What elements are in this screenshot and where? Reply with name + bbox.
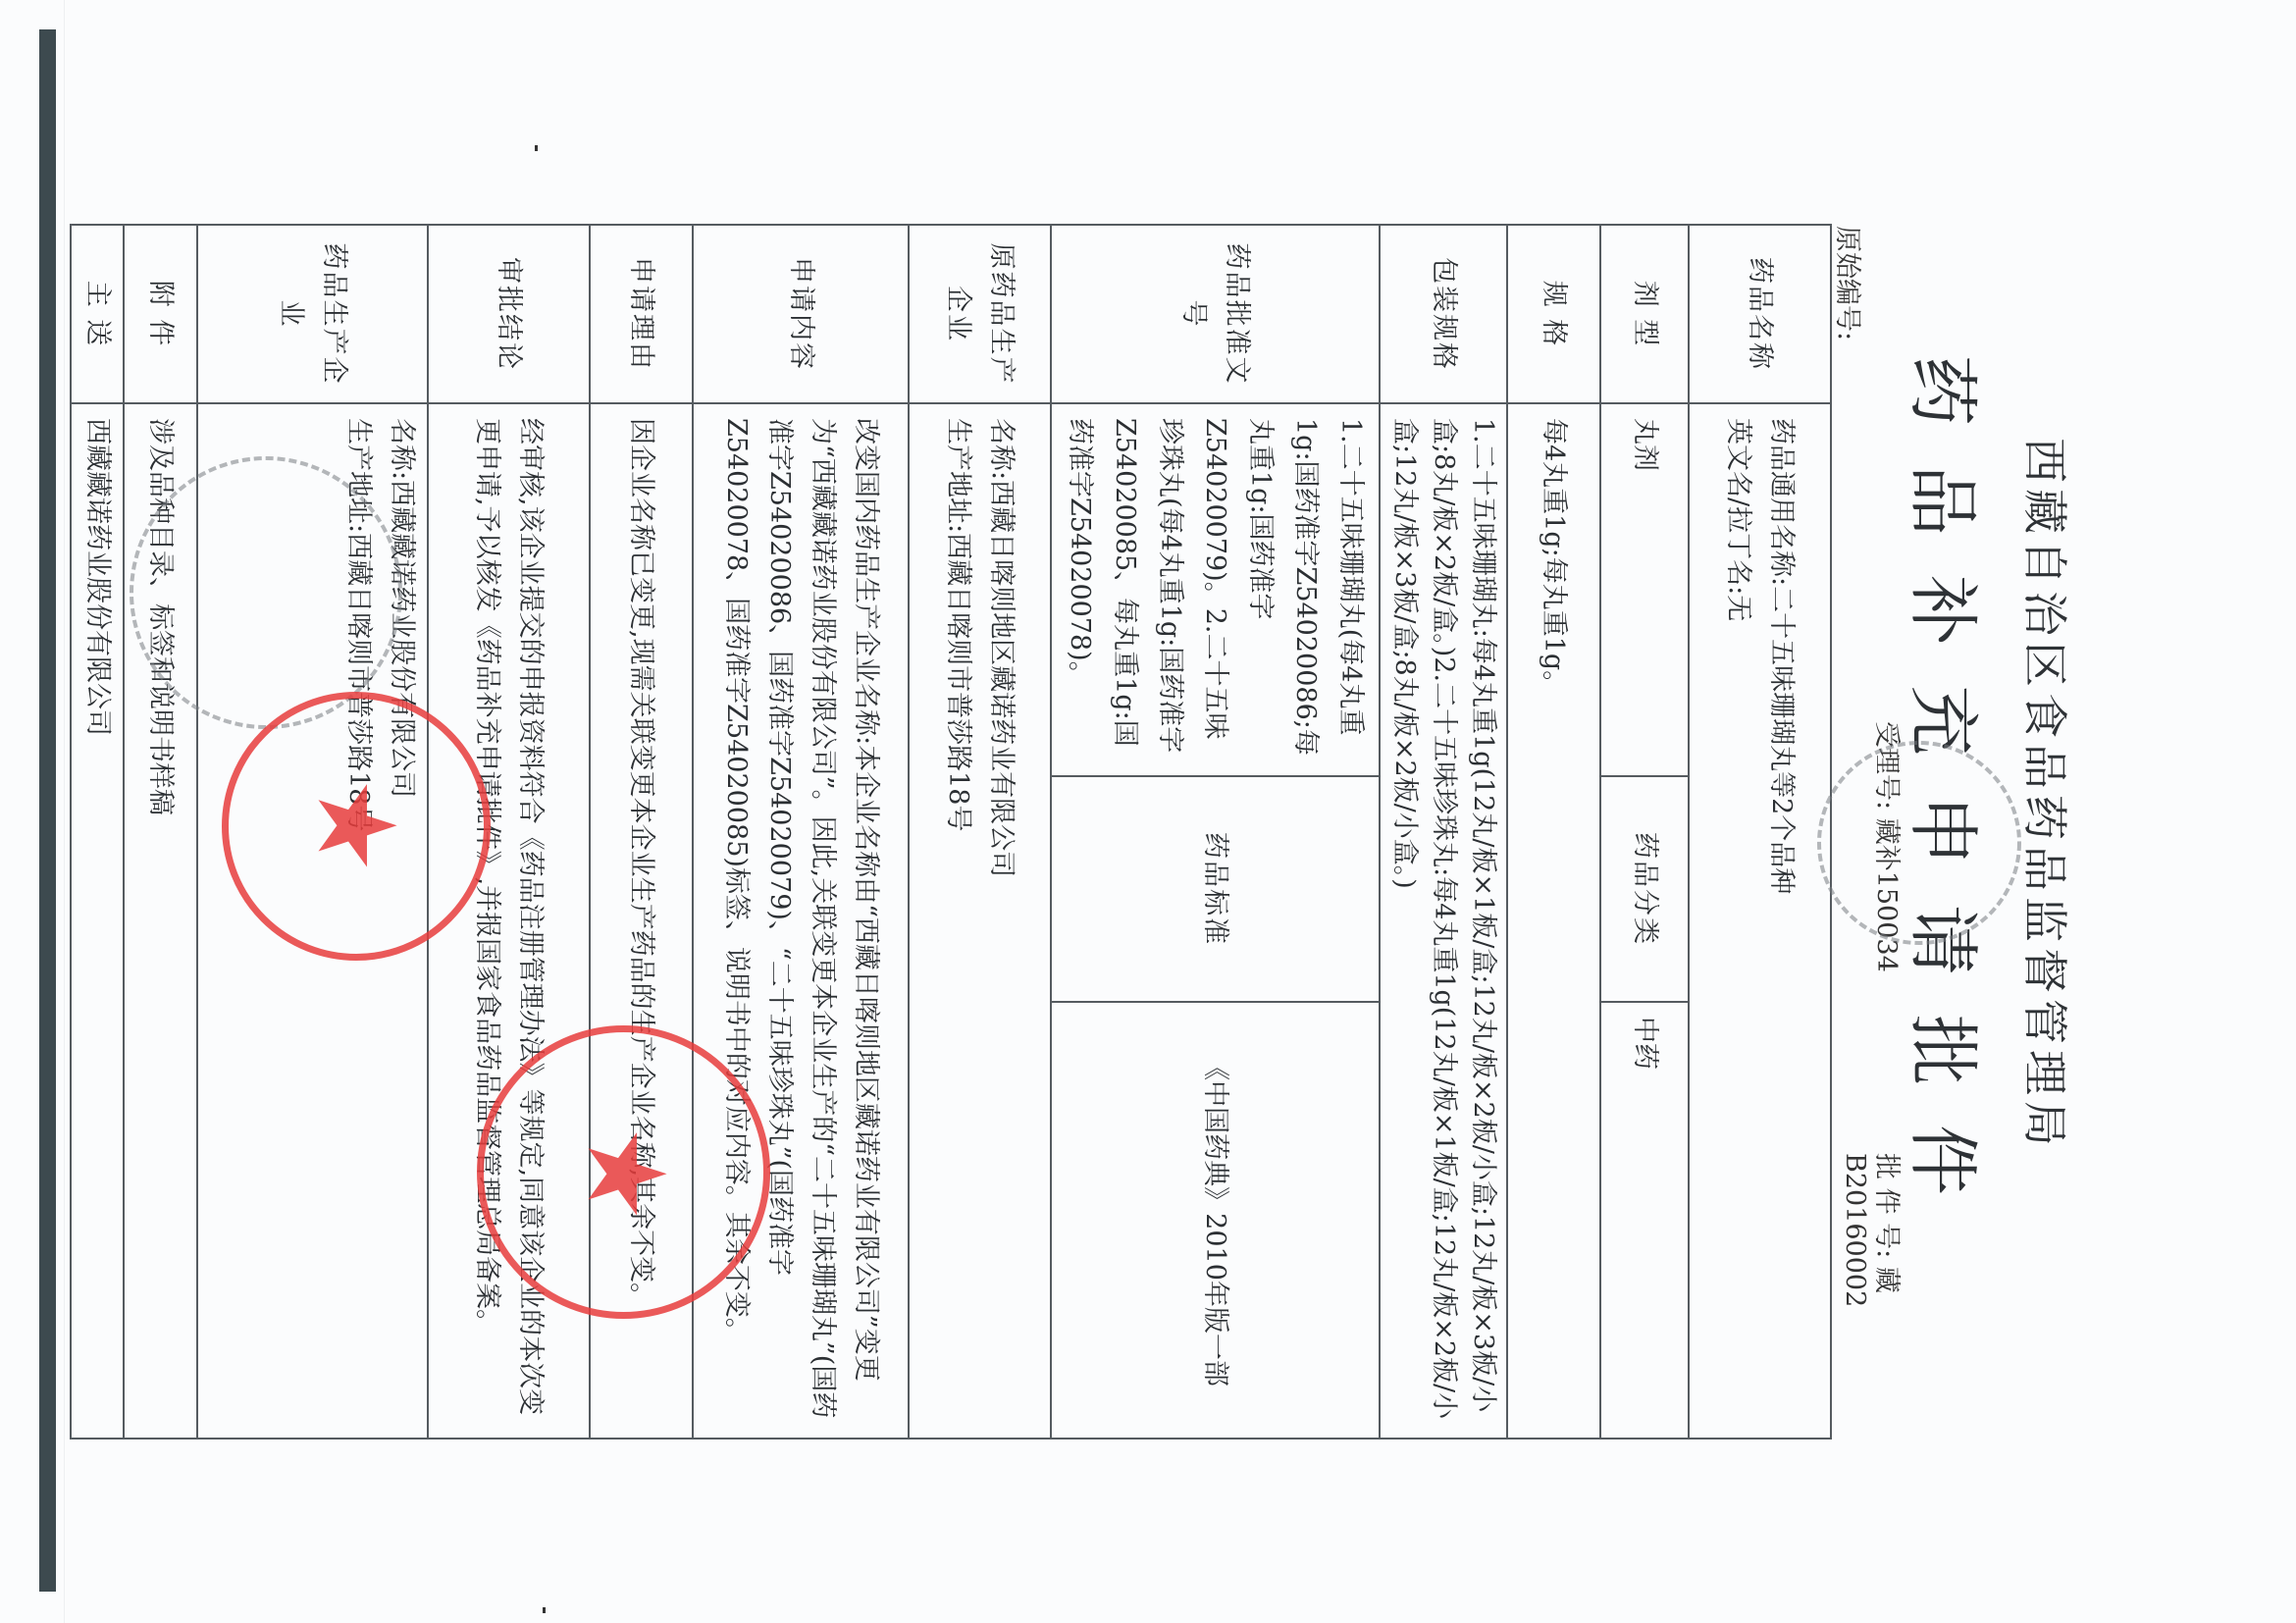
row-specification: 规 格 每4丸重1g;每丸重1g。 — [1507, 225, 1600, 1439]
value-drug-category: 中药 — [1600, 1002, 1689, 1439]
row-drug-name: 药品名称 药品通用名称:二十五味珊瑚丸等2个品种 英文名/拉丁名:无 — [1689, 225, 1831, 1439]
label-drug-category: 药品分类 — [1600, 776, 1689, 1002]
label-specification: 规 格 — [1507, 225, 1600, 403]
value-packaging: 1.二十五味珊瑚丸:每4丸重1g(12丸/板×1板/盒;12丸/板×2板/小盒;… — [1380, 403, 1507, 1439]
gray-receipt-stamp — [1817, 741, 2021, 945]
label-application-content: 申请内容 — [693, 225, 909, 403]
row-dosage-form: 剂 型 丸剂 药品分类 中药 — [1600, 225, 1689, 1439]
label-approval-number: 药品批准文号 — [1051, 225, 1380, 403]
value-original-manufacturer: 名称:西藏日喀则地区藏诺药业有限公司 生产地址:西藏日喀则市普莎路18号 — [909, 403, 1051, 1439]
value-approval-number: 1.二十五味珊瑚丸(每4丸重1g:国药准字Z54020086;每丸重1g:国药准… — [1051, 403, 1380, 776]
value-drug-name: 药品通用名称:二十五味珊瑚丸等2个品种 英文名/拉丁名:无 — [1689, 403, 1831, 1439]
label-conclusion: 审批结论 — [428, 225, 590, 403]
page-edge — [64, 0, 65, 1623]
original-number-label: 原始编号: — [1831, 226, 1869, 340]
label-attachment: 附 件 — [124, 225, 197, 403]
label-dosage-form: 剂 型 — [1600, 225, 1689, 403]
value-dosage-form: 丸剂 — [1600, 403, 1689, 776]
row-packaging: 包装规格 1.二十五味珊瑚丸:每4丸重1g(12丸/板×1板/盒;12丸/板×2… — [1380, 225, 1507, 1439]
row-recipient: 主 送 西藏藏诺药业股份有限公司 — [71, 225, 124, 1439]
label-original-manufacturer: 原药品生产企业 — [909, 225, 1051, 403]
scanner-edge-bar — [39, 29, 56, 1592]
seal-star-icon: ★ — [572, 1126, 680, 1223]
red-official-seal-top: ★ — [477, 1025, 770, 1319]
gray-company-stamp — [130, 456, 402, 729]
red-official-seal-bottom: ★ — [222, 692, 491, 961]
scan-speck — [535, 145, 538, 151]
approval-number: 批 件 号: 藏B20160002 — [1840, 1153, 1908, 1418]
label-packaging: 包装规格 — [1380, 225, 1507, 403]
value-application-content: 改变国内药品生产企业名称:本企业名称由“西藏日喀则地区藏诺药业有限公司”变更为“… — [693, 403, 909, 1439]
seal-star-icon: ★ — [302, 777, 410, 874]
label-application-reason: 申请理由 — [590, 225, 693, 403]
english-name: 英文名/拉丁名:无 — [1717, 418, 1760, 1424]
agency-name: 西藏自治区食品药品监督管理局 — [2015, 172, 2080, 1418]
original-manufacturer-address: 生产地址:西藏日喀则市普莎路18号 — [937, 418, 980, 1424]
label-drug-name: 药品名称 — [1689, 225, 1831, 403]
label-recipient: 主 送 — [71, 225, 124, 403]
scan-speck — [543, 1607, 546, 1613]
row-approval-number: 药品批准文号 1.二十五味珊瑚丸(每4丸重1g:国药准字Z54020086;每丸… — [1051, 225, 1380, 1439]
generic-name: 药品通用名称:二十五味珊瑚丸等2个品种 — [1760, 418, 1803, 1424]
label-manufacturer: 药品生产企业 — [197, 225, 428, 403]
label-drug-standard: 药品标准 — [1051, 776, 1380, 1002]
value-recipient: 西藏藏诺药业股份有限公司 — [71, 403, 124, 1439]
value-specification: 每4丸重1g;每丸重1g。 — [1507, 403, 1600, 1439]
row-original-manufacturer: 原药品生产企业 名称:西藏日喀则地区藏诺药业有限公司 生产地址:西藏日喀则市普莎… — [909, 225, 1051, 1439]
original-manufacturer-name: 名称:西藏日喀则地区藏诺药业有限公司 — [980, 418, 1023, 1424]
approval-document: 西藏自治区食品药品监督管理局 药品补充申请批件 受理号: 藏补150034 批 … — [128, 172, 2090, 1418]
approval-number-label: 批 件 号: — [1871, 1153, 1902, 1258]
value-drug-standard: 《中国药典》2010年版一部 — [1051, 1002, 1380, 1439]
row-attachment: 附 件 涉及品种目录、标签和说明书样稿 — [124, 225, 197, 1439]
